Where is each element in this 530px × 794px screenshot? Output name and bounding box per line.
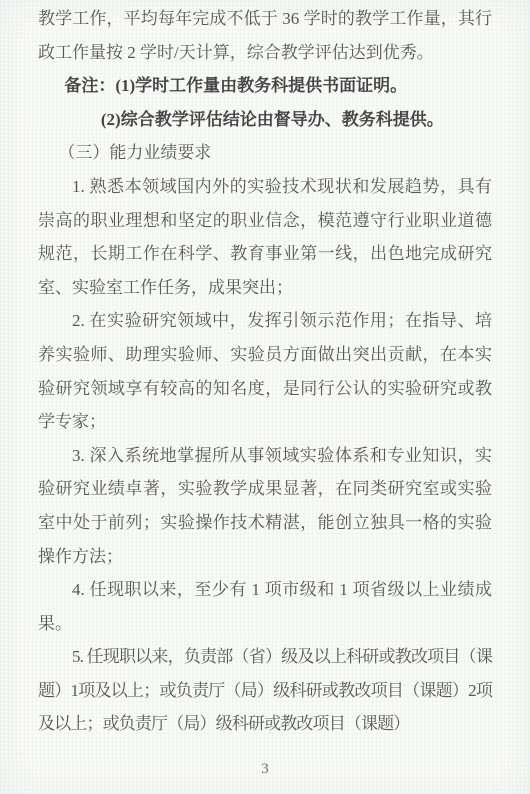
section-heading: （三）能力业绩要求 [38,136,492,170]
paragraph-continuation: 教学工作，平均每年完成不低于 36 学时的教学工作量，其行政工作量按 2 学时/… [38,2,492,69]
requirement-item-4: 4. 任现职以来，至少有 1 项市级和 1 项省级以上业绩成果。 [38,573,492,640]
note-line-2: (2)综合教学评估结论由督导办、教务科提供。 [38,103,492,137]
note-line-1: 备注：(1)学时工作量由教务科提供书面证明。 [38,69,492,103]
requirement-item-2: 2. 在实验研究领域中，发挥引领示范作用；在指导、培养实验师、助理实验师、实验员… [38,304,492,438]
page-number: 3 [0,758,530,780]
requirement-item-5: 5. 任现职以来，负责部（省）级及以上科研或教改项目（课题）1项及以上；或负责厅… [38,640,492,741]
requirement-item-3: 3. 深入系统地掌握所从事领域实验体系和专业知识，实验研究业绩卓著，实验教学成果… [38,439,492,573]
scanned-document-page: 教学工作，平均每年完成不低于 36 学时的教学工作量，其行政工作量按 2 学时/… [0,0,530,794]
document-body: 教学工作，平均每年完成不低于 36 学时的教学工作量，其行政工作量按 2 学时/… [38,0,492,741]
requirement-item-1: 1. 熟悉本领域国内外的实验技术现状和发展趋势，具有崇高的职业理想和坚定的职业信… [38,170,492,304]
